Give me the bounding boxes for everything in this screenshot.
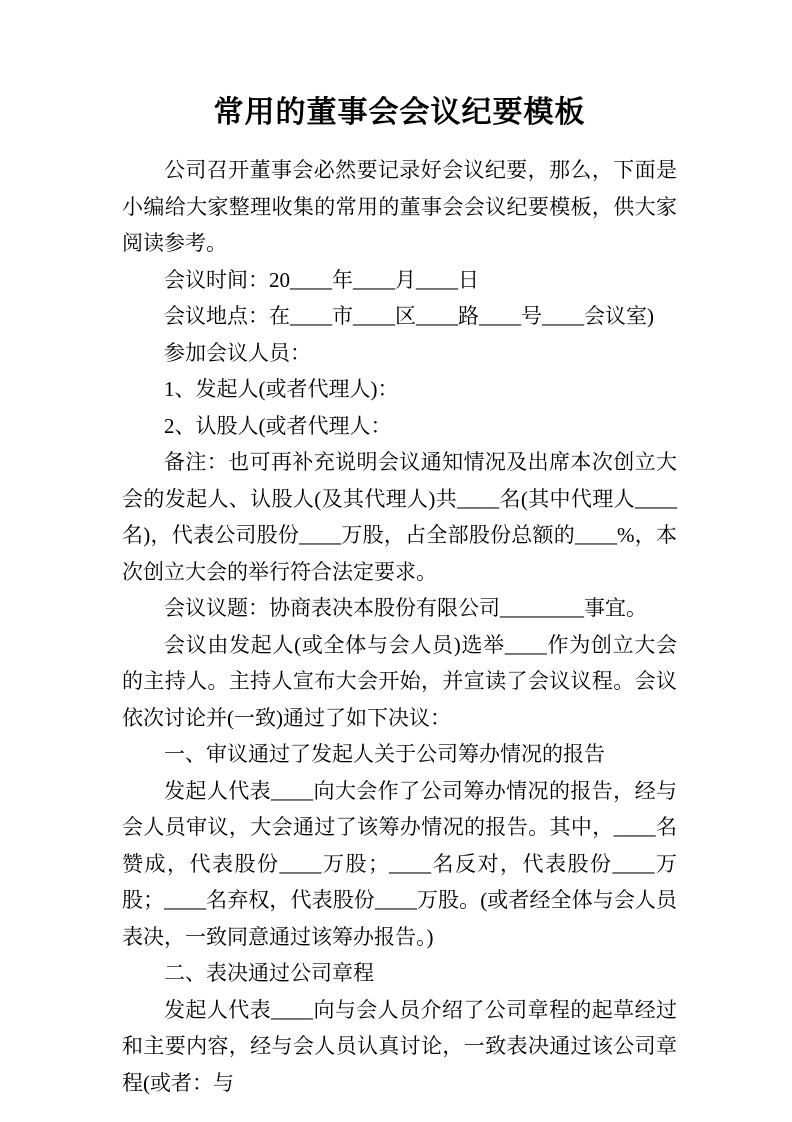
paragraph: 2、认股人(或者代理人： (122, 408, 677, 445)
paragraph: 会议时间：20____年____月____日 (122, 262, 677, 299)
document-page: 常用的董事会会议纪要模板 公司召开董事会必然要记录好会议纪要，那么，下面是小编给… (0, 0, 792, 1122)
document-body: 公司召开董事会必然要记录好会议纪要，那么，下面是小编给大家整理收集的常用的董事会… (122, 152, 677, 1101)
paragraph: 发起人代表____向与会人员介绍了公司章程的起草经过和主要内容，经与会人员认真讨… (122, 992, 677, 1102)
paragraph: 参加会议人员： (122, 335, 677, 372)
paragraph: 发起人代表____向大会作了公司筹办情况的报告，经与会人员审议，大会通过了该筹办… (122, 773, 677, 956)
paragraph: 会议地点：在____市____区____路____号____会议室) (122, 298, 677, 335)
paragraph: 会议由发起人(或全体与会人员)选举____作为创立大会的主持人。主持人宣布大会开… (122, 627, 677, 737)
paragraph: 会议议题：协商表决本股份有限公司________事宜。 (122, 590, 677, 627)
paragraph: 1、发起人(或者代理人)： (122, 371, 677, 408)
paragraph: 备注：也可再补充说明会议通知情况及出席本次创立大会的发起人、认股人(及其代理人)… (122, 444, 677, 590)
document-title: 常用的董事会会议纪要模板 (122, 92, 677, 134)
paragraph: 公司召开董事会必然要记录好会议纪要，那么，下面是小编给大家整理收集的常用的董事会… (122, 152, 677, 262)
paragraph: 二、表决通过公司章程 (122, 955, 677, 992)
paragraph: 一、审议通过了发起人关于公司筹办情况的报告 (122, 736, 677, 773)
